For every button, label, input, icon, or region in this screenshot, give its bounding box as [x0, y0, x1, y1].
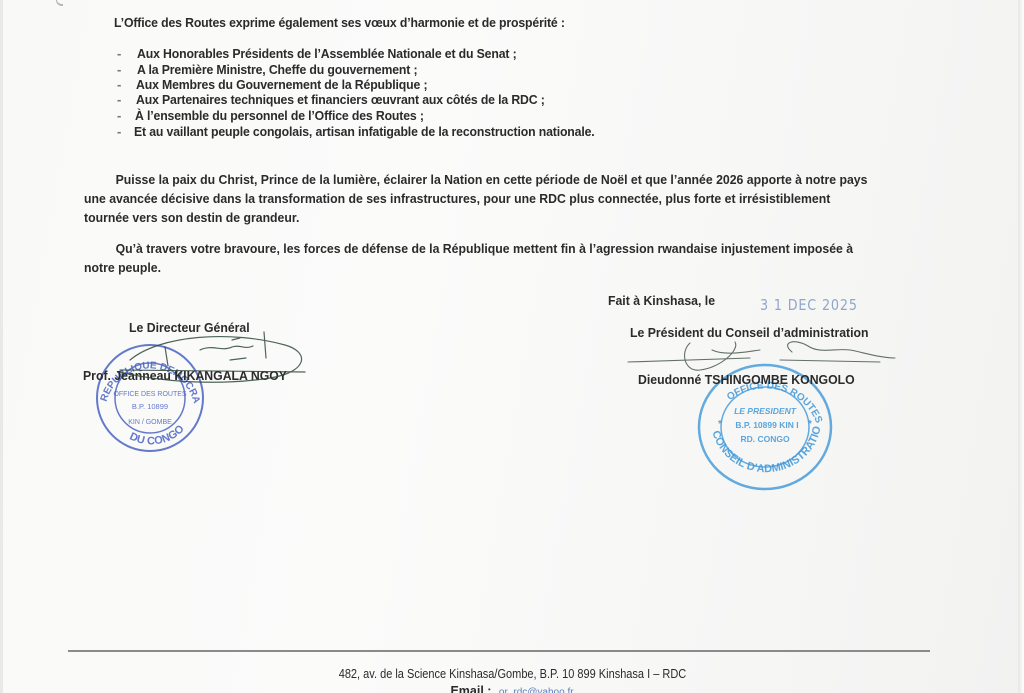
page-left-edge	[0, 0, 3, 693]
footer-address: 482, av. de la Science Kinshasa/Gombe, B…	[0, 667, 1024, 681]
email-link[interactable]: or_rdc@yahoo.fr	[499, 687, 574, 693]
svg-text:OFFICE DES ROUTES: OFFICE DES ROUTES	[113, 391, 186, 398]
list-item-text: Aux Membres du Gouvernement de la Républ…	[136, 77, 427, 92]
stamp-outer-ring	[97, 345, 203, 451]
paragraph-line: tournée vers son destin de grandeur.	[84, 208, 867, 227]
president-name: Dieudonné TSHINGOMBE KONGOLO	[638, 372, 855, 387]
bullet: -	[117, 62, 121, 77]
paragraph-line: Puisse la paix du Christ, Prince de la l…	[84, 170, 867, 189]
svg-text:OFFICE DES ROUTES: OFFICE DES ROUTES	[725, 380, 824, 425]
email-label: Email :	[450, 684, 491, 693]
stamp-inner-ring	[721, 387, 809, 467]
director-name: Prof. Jeanneau KIKANGALA NGOY	[83, 368, 287, 383]
place-date-label: Fait à Kinshasa, le	[608, 293, 715, 308]
list-item-text: À l’ensemble du personnel de l’Office de…	[135, 108, 424, 123]
pen-mark	[56, 0, 63, 6]
document-page: L’Office des Routes exprime également se…	[0, 0, 1024, 693]
list-item-text: Et au vaillant peuple congolais, artisan…	[134, 124, 595, 139]
list-item-text: A la Première Ministre, Cheffe du gouver…	[137, 62, 417, 77]
svg-text:LE PRESIDENT: LE PRESIDENT	[734, 406, 797, 416]
svg-text:DU CONGO: DU CONGO	[128, 423, 187, 448]
svg-text:*: *	[718, 419, 722, 430]
defense-forces-paragraph: Qu’à travers votre bravoure, les forces …	[84, 239, 853, 277]
christmas-wish-paragraph: Puisse la paix du Christ, Prince de la l…	[84, 170, 867, 227]
date-stamp: 3 1 DEC 2025	[760, 296, 858, 314]
paragraph-line: notre peuple.	[84, 258, 853, 277]
svg-text:B.P. 10899: B.P. 10899	[132, 402, 168, 411]
footer-divider	[68, 650, 930, 652]
svg-text:KIN / GOMBE: KIN / GOMBE	[128, 419, 172, 426]
svg-text:B.P. 10899 KIN I: B.P. 10899 KIN I	[735, 420, 798, 430]
bullet: -	[117, 124, 121, 139]
svg-text:RD. CONGO: RD. CONGO	[740, 434, 790, 444]
bullet: -	[117, 92, 121, 107]
president-signature	[628, 342, 895, 370]
footer-email: Email : or_rdc@yahoo.fr	[0, 684, 1024, 693]
list-item-text: Aux Partenaires techniques et financiers…	[136, 92, 545, 107]
bullet: -	[117, 108, 121, 123]
paragraph-line: Qu’à travers votre bravoure, les forces …	[84, 239, 853, 258]
bullet: -	[117, 46, 121, 61]
wishes-intro: L’Office des Routes exprime également se…	[114, 15, 565, 30]
director-title: Le Directeur Général	[129, 320, 250, 335]
page-right-edge	[1018, 0, 1024, 693]
president-title: Le Président du Conseil d’administration	[630, 325, 869, 340]
bullet: -	[117, 77, 121, 92]
paragraph-line: une avancée décisive dans la transformat…	[84, 189, 867, 208]
list-item-text: Aux Honorables Présidents de l’Assemblée…	[137, 46, 517, 61]
svg-text:*: *	[808, 419, 812, 430]
address-text: 482, av. de la Science Kinshasa/Gombe, B…	[338, 667, 686, 681]
